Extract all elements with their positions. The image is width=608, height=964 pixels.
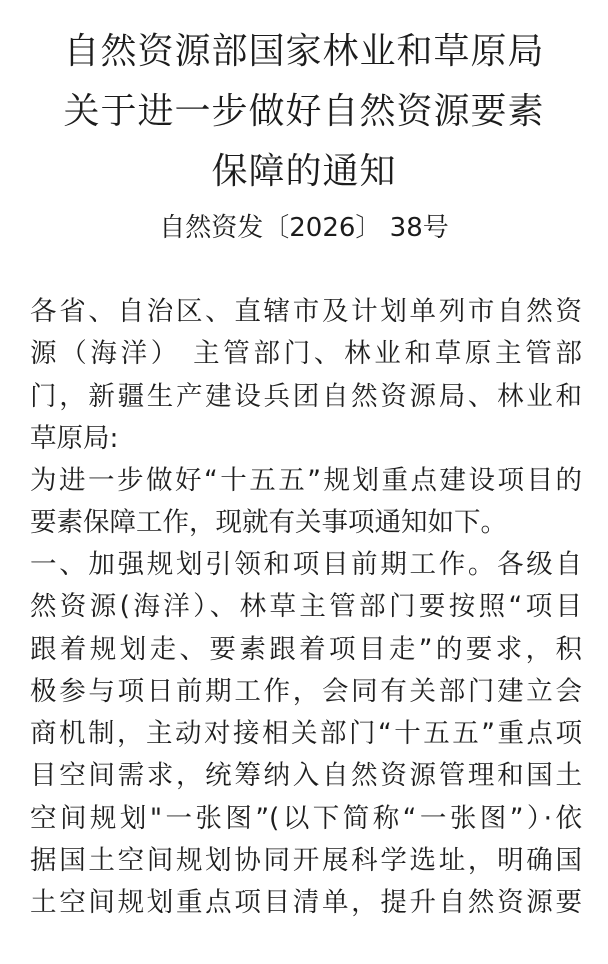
body-line: 草原局: bbox=[30, 418, 582, 460]
body-line: 空间规划"一张图”(以下简称“一张图”）·依 bbox=[30, 798, 582, 840]
body-line: 然资源(海洋）、林草主管部门要按照“项目 bbox=[30, 586, 582, 628]
title-line-3: 保障的通知 bbox=[0, 142, 608, 202]
body-line: 商机制，主动对接相关部门“十五五”重点项 bbox=[30, 713, 582, 755]
addressee-paragraph: 各省、自治区、直辖市及计划单列市自然资 源（海洋） 主管部门、林业和草原主管部 … bbox=[30, 291, 582, 460]
document-title: 自然资源部国家林业和草原局 关于进一步做好自然资源要素 保障的通知 bbox=[0, 22, 608, 202]
body-line: 门，新疆生产建设兵团自然资源局、林业和 bbox=[30, 376, 582, 418]
body-line: 跟着规划走、要素跟着项目走”的要求，积 bbox=[30, 629, 582, 671]
body-line: 各省、自治区、直辖市及计划单列市自然资 bbox=[30, 291, 582, 333]
body-line: 源（海洋） 主管部门、林业和草原主管部 bbox=[30, 333, 582, 375]
body-line: 目空间需求，统筹纳入自然资源管理和国土 bbox=[30, 755, 582, 797]
body-line: 为进一步做好“十五五”规划重点建设项目的 bbox=[30, 460, 582, 502]
document-page: 自然资源部国家林业和草原局 关于进一步做好自然资源要素 保障的通知 自然资发〔2… bbox=[0, 0, 608, 964]
document-number: 自然资发〔2026〕 38号 bbox=[0, 206, 608, 250]
section-one-paragraph: 一、加强规划引领和项目前期工作。各级自 然资源(海洋）、林草主管部门要按照“项目… bbox=[30, 544, 582, 925]
body-line: 要素保障工作，现就有关事项通知如下。 bbox=[30, 502, 582, 544]
body-line: 一、加强规划引领和项目前期工作。各级自 bbox=[30, 544, 582, 586]
body-line: 极参与项日前期工作，会同有关部门建立会 bbox=[30, 671, 582, 713]
title-line-1: 自然资源部国家林业和草原局 bbox=[0, 22, 608, 82]
title-line-2: 关于进一步做好自然资源要素 bbox=[0, 82, 608, 142]
body-line: 据国土空间规划协同开展科学选址，明确国 bbox=[30, 840, 582, 882]
body-line: 土空间规划重点项目清单，提升自然资源要 bbox=[30, 882, 582, 924]
intro-paragraph: 为进一步做好“十五五”规划重点建设项目的 要素保障工作，现就有关事项通知如下。 bbox=[30, 460, 582, 545]
